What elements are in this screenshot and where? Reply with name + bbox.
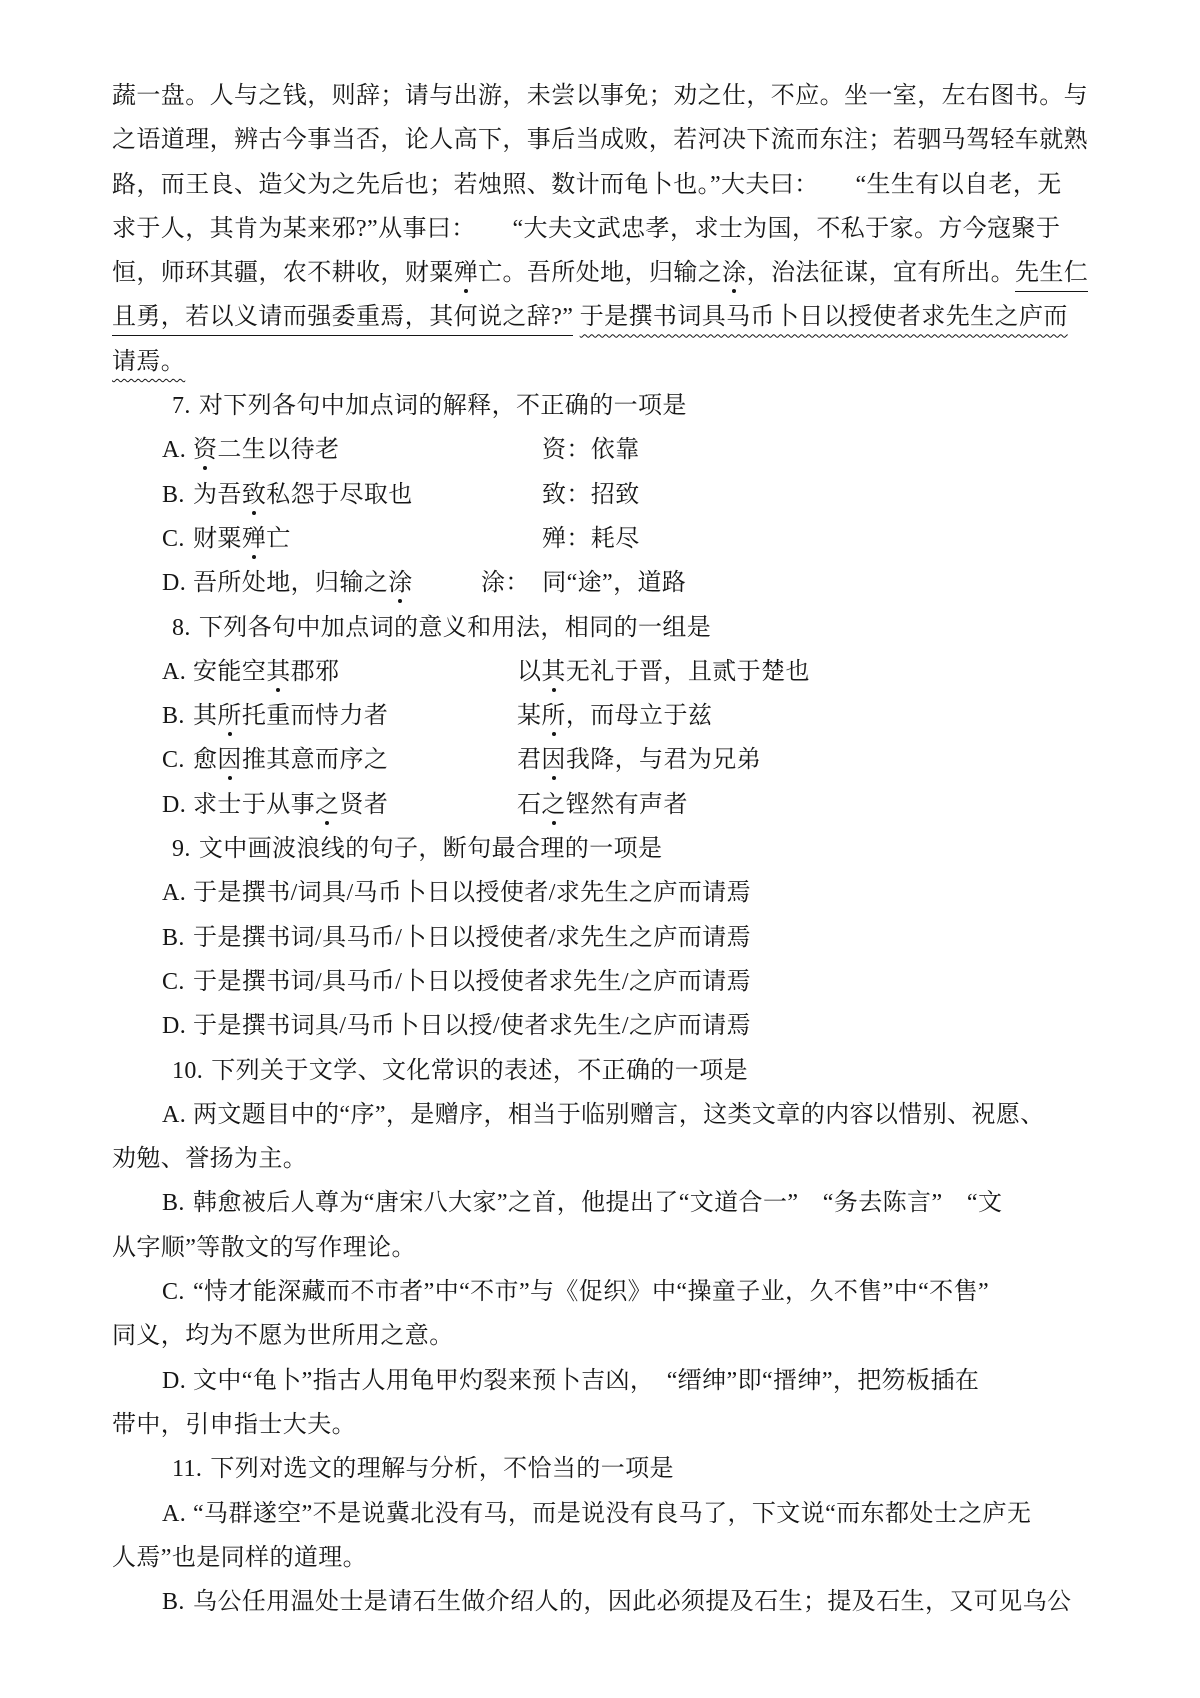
text-segment: 且勇，若以义请而强委重焉，其何说之辞?” bbox=[112, 304, 573, 336]
option-row: C.“恃才能深藏而不市者”中“不市”与《促织》中“操童子业，久不售”中“不售” bbox=[112, 1270, 1092, 1314]
option-row: D.于是撰书词具/马币卜日以授/使者求先生/之庐而请焉 bbox=[112, 1004, 1092, 1048]
question-stem: 对下列各句中加点词的解释，不正确的一项是 bbox=[199, 393, 687, 419]
passage-line: 恒，师环其疆，农不耕收，财粟殚亡。吾所处地，归输之涂，治法征谋，宜有所出。先生仁 bbox=[112, 251, 1092, 295]
option-label: B. bbox=[162, 473, 193, 517]
passage-line: 请焉。 bbox=[112, 340, 1092, 384]
question-stem: 下列对选文的理解与分析，不恰当的一项是 bbox=[210, 1456, 674, 1482]
option-label: A. bbox=[162, 871, 193, 915]
emphasis-dot-char: 资 bbox=[193, 437, 217, 463]
option-label: D. bbox=[162, 1359, 193, 1403]
question-header: 11.下列对选文的理解与分析，不恰当的一项是 bbox=[112, 1447, 1092, 1491]
option-left-phrase: 资二生以待老 bbox=[193, 428, 542, 472]
emphasis-dot-char: 所 bbox=[217, 703, 241, 729]
text-segment: 为吾致私怨于尽取也 bbox=[193, 482, 413, 508]
text-segment: 请焉。 bbox=[112, 349, 185, 375]
option-left-phrase: 为吾致私怨于尽取也 bbox=[193, 473, 542, 517]
text-segment: 路，而王良、造父为之先后也；若烛照、数计而龟卜也。”大夫曰： “生生有以自老，无 bbox=[112, 172, 1062, 198]
emphasis-dot-char: 其 bbox=[541, 659, 565, 685]
option-row: A.两文题目中的“序”，是赠序，相当于临别赠言，这类文章的内容以惜别、祝愿、 bbox=[112, 1093, 1092, 1137]
document-content: 蔬一盘。人与之钱，则辞；请与出游，未尝以事免；劝之仕，不应。坐一室，左右图书。与… bbox=[112, 74, 1092, 1624]
option-right-phrase: 某所，而母立于兹 bbox=[517, 703, 712, 729]
option-left-phrase: 愈因推其意而序之 bbox=[193, 738, 517, 782]
question-block: 8.下列各句中加点词的意义和用法，相同的一组是A.安能空其郡邪以其无礼于晋，且贰… bbox=[112, 606, 1092, 827]
question-block: 7.对下列各句中加点词的解释，不正确的一项是A.资二生以待老资：依靠B.为吾致私… bbox=[112, 384, 1092, 605]
option-right-phrase: 致：招致 bbox=[542, 482, 640, 508]
question-block: 10.下列关于文学、文化常识的表述，不正确的一项是A.两文题目中的“序”，是赠序… bbox=[112, 1049, 1092, 1448]
emphasis-dot-char: 所 bbox=[541, 703, 565, 729]
emphasis-dot-char: 涂 bbox=[388, 570, 412, 596]
question-stem: 下列关于文学、文化常识的表述，不正确的一项是 bbox=[211, 1058, 748, 1084]
emphasis-dot-char: 因 bbox=[217, 747, 241, 773]
option-text: 于是撰书词具/马币卜日以授/使者求先生/之庐而请焉 bbox=[193, 1013, 751, 1039]
option-right-phrase: 君因我降，与君为兄弟 bbox=[517, 747, 761, 773]
text-segment: 资二生以待老 bbox=[193, 437, 339, 463]
option-right-phrase: 殚：耗尽 bbox=[542, 526, 640, 552]
text-segment: 蔬一盘。人与之钱，则辞；请与出游，未尝以事免；劝之仕，不应。坐一室，左右图书。与 bbox=[112, 83, 1088, 109]
text-segment: 君因我降，与君为兄弟 bbox=[517, 747, 761, 773]
option-row: D.文中“龟卜”指古人用龟甲灼裂来预卜吉凶， “缙绅”即“搢绅”，把笏板插在 bbox=[112, 1359, 1092, 1403]
emphasis-dot-char: 致 bbox=[242, 482, 266, 508]
text-segment: 资：依靠 bbox=[542, 437, 640, 463]
passage-line: 之语道理，辨古今事当否，论人高下，事后当成败，若河决下流而东注；若驷马驾轻车就熟 bbox=[112, 118, 1092, 162]
text-segment: 恒，师环其疆，农不耕收，财粟殚亡。吾所处地，归输之涂，治法征谋，宜有所出。 bbox=[112, 260, 1015, 286]
option-row: D.吾所处地，归输之涂涂： 同“途”，道路 bbox=[112, 561, 1092, 605]
text-segment: 之语道理，辨古今事当否，论人高下，事后当成败，若河决下流而东注；若驷马驾轻车就熟 bbox=[112, 127, 1088, 153]
option-left-phrase: 求士于从事之贤者 bbox=[193, 783, 517, 827]
option-text: 于是撰书词/具马币/卜日以授使者求先生/之庐而请焉 bbox=[193, 969, 751, 995]
option-label: C. bbox=[162, 960, 193, 1004]
text-segment: 求士于从事之贤者 bbox=[193, 792, 388, 818]
emphasis-dot-char: 其 bbox=[266, 659, 290, 685]
question-number: 10. bbox=[172, 1058, 203, 1084]
option-row: C.于是撰书词/具马币/卜日以授使者求先生/之庐而请焉 bbox=[112, 960, 1092, 1004]
emphasis-dot-char: 殚 bbox=[454, 260, 478, 286]
question-number: 7. bbox=[172, 393, 191, 419]
option-right-phrase: 资：依靠 bbox=[542, 437, 640, 463]
text-segment: 殚：耗尽 bbox=[542, 526, 640, 552]
option-row: A.于是撰书/词具/马币卜日以授使者/求先生之庐而请焉 bbox=[112, 871, 1092, 915]
question-header: 8.下列各句中加点词的意义和用法，相同的一组是 bbox=[112, 606, 1092, 650]
option-row: B.乌公任用温处士是请石生做介绍人的，因此必须提及石生；提及石生，又可见乌公 bbox=[112, 1580, 1092, 1624]
emphasis-dot-char: 殚 bbox=[242, 526, 266, 552]
option-row: B.韩愈被后人尊为“唐宋八大家”之首，他提出了“文道合一” “务去陈言” “文 bbox=[112, 1181, 1092, 1225]
option-text: “马群遂空”不是说冀北没有马，而是说没有良马了，下文说“而东都处士之庐无 bbox=[193, 1501, 1031, 1527]
option-continuation-line: 带中，引申指士大夫。 bbox=[112, 1403, 1092, 1447]
option-label: D. bbox=[162, 1004, 193, 1048]
option-label: C. bbox=[162, 738, 193, 782]
option-label: B. bbox=[162, 916, 193, 960]
emphasis-dot-char: 之 bbox=[541, 792, 565, 818]
text-segment: 涂： 同“途”，道路 bbox=[481, 570, 686, 596]
emphasis-dot-char: 涂 bbox=[722, 260, 746, 286]
text-segment: 某所，而母立于兹 bbox=[517, 703, 712, 729]
option-row: C.愈因推其意而序之君因我降，与君为兄弟 bbox=[112, 738, 1092, 782]
option-right-phrase: 以其无礼于晋，且贰于楚也 bbox=[517, 659, 810, 685]
option-text: “恃才能深藏而不市者”中“不市”与《促织》中“操童子业，久不售”中“不售” bbox=[193, 1279, 989, 1305]
question-number: 11. bbox=[172, 1456, 202, 1482]
text-segment: 先生仁 bbox=[1015, 260, 1088, 292]
option-row: B.其所托重而恃力者某所，而母立于兹 bbox=[112, 694, 1092, 738]
text-segment: 以其无礼于晋，且贰于楚也 bbox=[517, 659, 810, 685]
option-text: 两文题目中的“序”，是赠序，相当于临别赠言，这类文章的内容以惜别、祝愿、 bbox=[193, 1102, 1045, 1128]
option-continuation-line: 人焉”也是同样的道理。 bbox=[112, 1536, 1092, 1580]
option-text: 乌公任用温处士是请石生做介绍人的，因此必须提及石生；提及石生，又可见乌公 bbox=[193, 1589, 1071, 1615]
question-header: 9.文中画波浪线的句子，断句最合理的一项是 bbox=[112, 827, 1092, 871]
option-continuation-line: 劝勉、誉扬为主。 bbox=[112, 1137, 1092, 1181]
question-number: 8. bbox=[172, 615, 191, 641]
question-block: 11.下列对选文的理解与分析，不恰当的一项是A.“马群遂空”不是说冀北没有马，而… bbox=[112, 1447, 1092, 1624]
text-segment: 其所托重而恃力者 bbox=[193, 703, 388, 729]
option-left-phrase: 吾所处地，归输之涂 bbox=[193, 561, 481, 605]
option-label: D. bbox=[162, 561, 193, 605]
question-stem: 下列各句中加点词的意义和用法，相同的一组是 bbox=[199, 615, 711, 641]
option-continuation-line: 从字顺”等散文的写作理论。 bbox=[112, 1226, 1092, 1270]
option-text: 韩愈被后人尊为“唐宋八大家”之首，他提出了“文道合一” “务去陈言” “文 bbox=[193, 1190, 1002, 1216]
option-left-phrase: 安能空其郡邪 bbox=[193, 650, 517, 694]
option-text: 于是撰书/词具/马币卜日以授使者/求先生之庐而请焉 bbox=[193, 880, 751, 906]
option-label: C. bbox=[162, 1270, 193, 1314]
text-segment: 吾所处地，归输之涂 bbox=[193, 570, 413, 596]
question-header: 10.下列关于文学、文化常识的表述，不正确的一项是 bbox=[112, 1049, 1092, 1093]
option-label: B. bbox=[162, 694, 193, 738]
option-right-phrase: 石之铿然有声者 bbox=[517, 792, 688, 818]
text-segment: 求于人，其肯为某来邪?”从事曰： “大夫文武忠孝，求士为国，不私于家。方今寇聚于 bbox=[112, 216, 1060, 242]
option-label: A. bbox=[162, 650, 193, 694]
passage-line: 蔬一盘。人与之钱，则辞；请与出游，未尝以事免；劝之仕，不应。坐一室，左右图书。与 bbox=[112, 74, 1092, 118]
text-segment: 安能空其郡邪 bbox=[193, 659, 339, 685]
option-row: A.安能空其郡邪以其无礼于晋，且贰于楚也 bbox=[112, 650, 1092, 694]
passage-line: 求于人，其肯为某来邪?”从事曰： “大夫文武忠孝，求士为国，不私于家。方今寇聚于 bbox=[112, 207, 1092, 251]
passage-line: 且勇，若以义请而强委重焉，其何说之辞?” 于是撰书词具马币卜日以授使者求先生之庐… bbox=[112, 295, 1092, 339]
option-row: A.“马群遂空”不是说冀北没有马，而是说没有良马了，下文说“而东都处士之庐无 bbox=[112, 1492, 1092, 1536]
option-row: A.资二生以待老资：依靠 bbox=[112, 428, 1092, 472]
emphasis-dot-char: 因 bbox=[541, 747, 565, 773]
option-continuation-line: 同义，均为不愿为世所用之意。 bbox=[112, 1314, 1092, 1358]
text-segment: 愈因推其意而序之 bbox=[193, 747, 388, 773]
option-left-phrase: 其所托重而恃力者 bbox=[193, 694, 517, 738]
emphasis-dot-char: 之 bbox=[315, 792, 339, 818]
option-row: B.于是撰书词/具马币/卜日以授使者/求先生之庐而请焉 bbox=[112, 916, 1092, 960]
option-label: A. bbox=[162, 1093, 193, 1137]
document-page: 蔬一盘。人与之钱，则辞；请与出游，未尝以事免；劝之仕，不应。坐一室，左右图书。与… bbox=[0, 0, 1200, 1698]
option-label: A. bbox=[162, 428, 193, 472]
option-text: 于是撰书词/具马币/卜日以授使者/求先生之庐而请焉 bbox=[193, 925, 751, 951]
text-segment: 致：招致 bbox=[542, 482, 640, 508]
option-label: C. bbox=[162, 517, 193, 561]
text-segment: 石之铿然有声者 bbox=[517, 792, 688, 818]
option-label: A. bbox=[162, 1492, 193, 1536]
option-row: D.求士于从事之贤者石之铿然有声者 bbox=[112, 783, 1092, 827]
question-number: 9. bbox=[172, 836, 191, 862]
question-header: 7.对下列各句中加点词的解释，不正确的一项是 bbox=[112, 384, 1092, 428]
passage-line: 路，而王良、造父为之先后也；若烛照、数计而龟卜也。”大夫曰： “生生有以自老，无 bbox=[112, 163, 1092, 207]
option-row: C.财粟殚亡殚：耗尽 bbox=[112, 517, 1092, 561]
option-right-phrase: 涂： 同“途”，道路 bbox=[481, 570, 686, 596]
option-row: B.为吾致私怨于尽取也致：招致 bbox=[112, 473, 1092, 517]
question-stem: 文中画波浪线的句子，断句最合理的一项是 bbox=[199, 836, 663, 862]
option-label: B. bbox=[162, 1181, 193, 1225]
text-segment: 于是撰书词具马币卜日以授使者求先生之庐而 bbox=[580, 304, 1068, 330]
option-label: B. bbox=[162, 1580, 193, 1624]
option-label: D. bbox=[162, 783, 193, 827]
option-text: 文中“龟卜”指古人用龟甲灼裂来预卜吉凶， “缙绅”即“搢绅”，把笏板插在 bbox=[193, 1368, 979, 1394]
text-segment: 财粟殚亡 bbox=[193, 526, 291, 552]
question-block: 9.文中画波浪线的句子，断句最合理的一项是A.于是撰书/词具/马币卜日以授使者/… bbox=[112, 827, 1092, 1048]
option-left-phrase: 财粟殚亡 bbox=[193, 517, 542, 561]
